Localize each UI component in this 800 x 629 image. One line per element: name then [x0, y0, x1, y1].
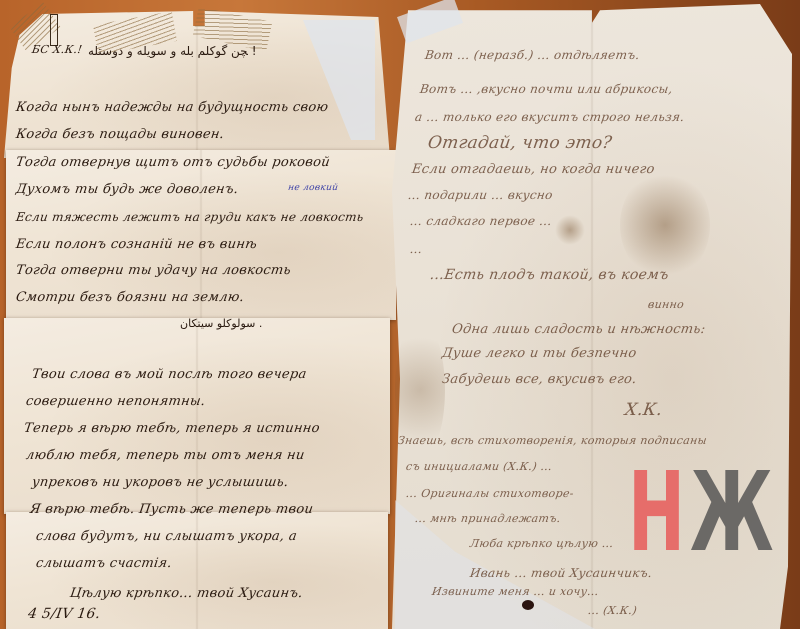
poem-line: Когда нынъ надежды на будущность свою [15, 100, 329, 115]
right-line: Вотъ ... ,вкусно почти или абрикосы, [419, 82, 674, 96]
poem-line: Если тяжесть лежитъ на груди какъ не лов… [15, 210, 365, 224]
right-poem-line: Душе легко и ты безпечно [441, 346, 638, 361]
right-line: ... Оригиналы стихотворе- [405, 487, 575, 500]
right-line: Вот ... (неразб.) ... отдѣляетъ. [424, 48, 641, 62]
logo-letter-zh: Ж [690, 462, 770, 566]
letter-closing: Цѣлую крѣпко... твой Хусаинъ. [69, 586, 304, 601]
poem-line: Если полонъ сознаній не въ винѣ [15, 237, 258, 252]
right-line: Если отгадаешь, но когда ничего [411, 162, 656, 177]
right-line: Ивань ... твой Хусаинчикъ. [469, 566, 653, 580]
right-line: винно [647, 298, 685, 311]
letter-line: Я вѣрю тебѣ. Пусть же теперь твои [29, 502, 314, 517]
letter-line: люблю тебя, теперь ты отъ меня ни [25, 448, 306, 463]
poem-line: Духомъ ты будь же доволенъ. [15, 182, 239, 197]
header-arabic-text: ﭽﻦ ﮔﻮﮐﻠﻢ ﺑﻠﻪ ﻭ ﺳﻮﻳﻠﻪ ﻭ ﺩﻭﺳﺘﻠﻪ ! [88, 44, 257, 58]
right-line: ...Есть плодъ такой, въ коемъ [429, 267, 670, 283]
letter-line: упрековъ ни укоровъ не услышишь. [31, 475, 290, 490]
logo-letter-n: Н [628, 462, 681, 566]
right-line: ... подарили ... вкусно [407, 188, 554, 202]
letter-date: 4 5/IV 16. [27, 606, 102, 622]
right-line: ... сладкаго первое ... [409, 214, 553, 228]
poem-annotation: не ловкий [287, 183, 339, 193]
signature-arabic: ﺳﻮﻟﻮﮐﻠﻮ ﺳﻴﺘﮑﺎﻥ . [180, 317, 262, 330]
letter-line: слова будутъ, ни слышатъ укора, а [35, 529, 298, 544]
decorative-column [50, 14, 58, 46]
letter-line: Твои слова въ мой послѣ того вечера [31, 367, 308, 382]
right-riddle-question: Отгадай, что это? [427, 133, 614, 153]
right-line: Знаешь, всѣ стихотворенія, которыя подпи… [397, 434, 708, 447]
right-line: а ... только его вкуситъ строго нельзя. [414, 110, 685, 124]
header-monogram: БС Х.К.! [31, 43, 83, 56]
poem-line: Тогда отвернув щитъ отъ судьбы роковой [15, 155, 331, 170]
right-poem-line: Одна лишь сладость и нѣжность: [451, 322, 707, 337]
right-signature-monogram: Х.К. [624, 400, 664, 420]
right-poem-line: Забудешь все, вкусивъ его. [441, 372, 638, 387]
right-line: ... (Х.К.) [587, 604, 638, 617]
letter-line: Теперь я вѣрю тебѣ, теперь я истинно [23, 421, 321, 436]
right-line: съ инициалами (Х.К.) ... [405, 460, 553, 473]
right-line: ... [409, 242, 423, 256]
right-line: Извините меня ... и хочу... [431, 585, 600, 598]
right-line: Люба крѣпко цѣлую ... [469, 537, 614, 550]
poem-line: Смотри безъ боязни на землю. [15, 290, 245, 305]
poem-line: Тогда отверни ты удачу на ловкость [15, 263, 292, 278]
letter-line: слышатъ счастія. [35, 556, 173, 571]
water-stain [555, 215, 585, 245]
paper-hole [522, 600, 534, 610]
right-line: ... мнѣ принадлежатъ. [414, 512, 562, 525]
water-stain [620, 170, 710, 280]
publisher-watermark-logo: Н Ж [628, 462, 740, 566]
letter-line: совершенно непонятны. [25, 394, 206, 409]
poem-line: Когда безъ пощады виновен. [15, 127, 225, 142]
